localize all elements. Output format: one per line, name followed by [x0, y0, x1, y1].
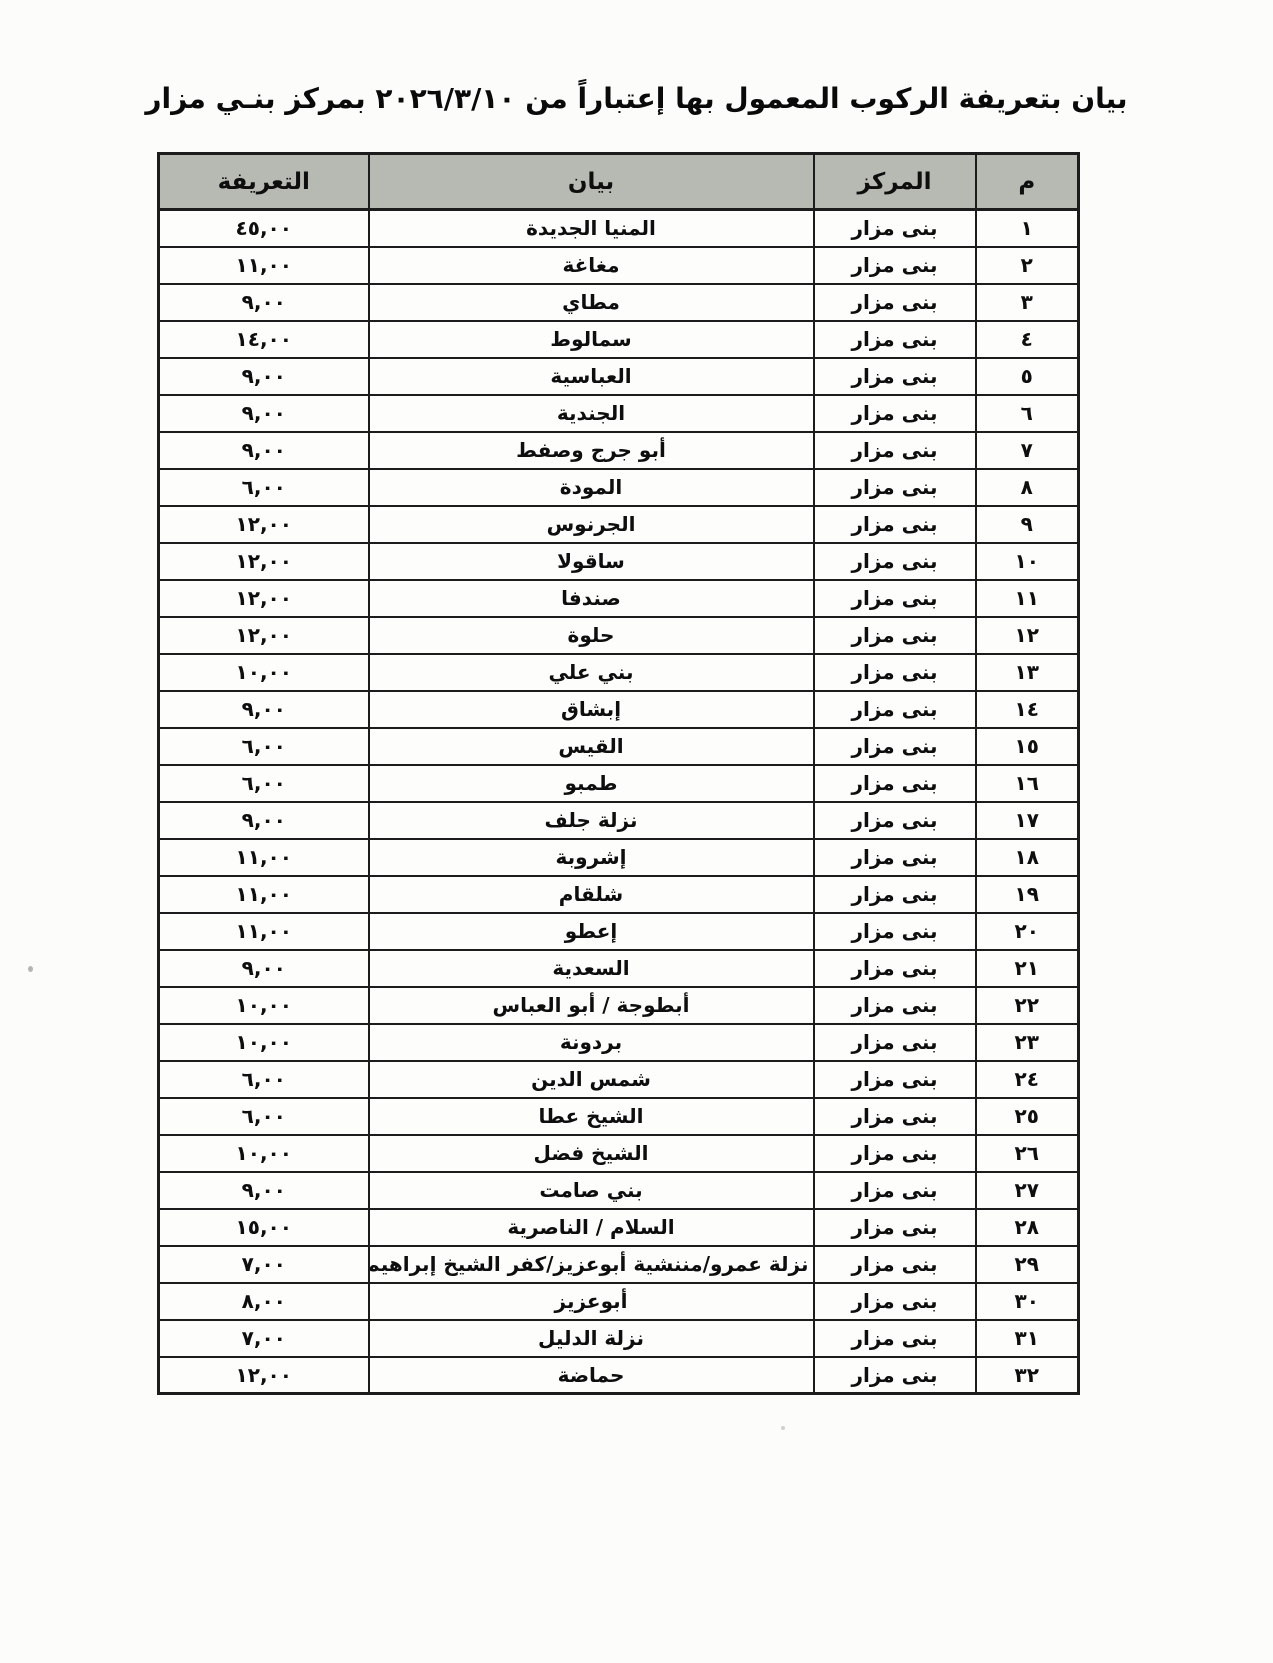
row-center-cell: بنى مزار: [814, 247, 976, 284]
row-number-cell: ١٢: [976, 617, 1079, 654]
row-statement-cell: المنيا الجديدة: [369, 210, 814, 247]
row-fare-cell: ٦,٠٠: [159, 1098, 369, 1135]
table-row: ١ بنى مزار المنيا الجديدة ٤٥,٠٠: [159, 210, 1079, 247]
row-fare-cell: ١٥,٠٠: [159, 1209, 369, 1246]
row-fare-cell: ٦,٠٠: [159, 728, 369, 765]
table-row: ٣١ بنى مزار نزلة الدليل ٧,٠٠: [159, 1320, 1079, 1357]
row-statement-cell: بني صامت: [369, 1172, 814, 1209]
table-header-row: م المركز بيان التعريفة: [159, 154, 1079, 210]
row-number-cell: ١٠: [976, 543, 1079, 580]
row-number-cell: ١: [976, 210, 1079, 247]
row-fare-cell: ٨,٠٠: [159, 1283, 369, 1320]
row-center-cell: بنى مزار: [814, 765, 976, 802]
row-statement-cell: أبوعزيز: [369, 1283, 814, 1320]
row-number-cell: ٢٢: [976, 987, 1079, 1024]
row-fare-cell: ٧,٠٠: [159, 1320, 369, 1357]
table-row: ١١ بنى مزار صندفا ١٢,٠٠: [159, 580, 1079, 617]
row-number-cell: ١١: [976, 580, 1079, 617]
row-statement-cell: السعدية: [369, 950, 814, 987]
row-number-cell: ٢٧: [976, 1172, 1079, 1209]
table-row: ٤ بنى مزار سمالوط ١٤,٠٠: [159, 321, 1079, 358]
table-row: ٢٨ بنى مزار السلام / الناصرية ١٥,٠٠: [159, 1209, 1079, 1246]
row-number-cell: ٢: [976, 247, 1079, 284]
row-center-cell: بنى مزار: [814, 210, 976, 247]
row-fare-cell: ١٠,٠٠: [159, 654, 369, 691]
row-fare-cell: ١٤,٠٠: [159, 321, 369, 358]
row-number-cell: ٢٣: [976, 1024, 1079, 1061]
row-statement-cell: سمالوط: [369, 321, 814, 358]
row-center-cell: بنى مزار: [814, 950, 976, 987]
table-row: ٢٢ بنى مزار أبطوجة / أبو العباس ١٠,٠٠: [159, 987, 1079, 1024]
row-center-cell: بنى مزار: [814, 617, 976, 654]
row-statement-cell: حلوة: [369, 617, 814, 654]
row-number-cell: ٦: [976, 395, 1079, 432]
row-statement-cell: مغاغة: [369, 247, 814, 284]
row-number-cell: ١٣: [976, 654, 1079, 691]
row-number-cell: ١٦: [976, 765, 1079, 802]
row-center-cell: بنى مزار: [814, 913, 976, 950]
row-number-cell: ٥: [976, 358, 1079, 395]
row-fare-cell: ٩,٠٠: [159, 691, 369, 728]
row-number-cell: ٢٥: [976, 1098, 1079, 1135]
row-number-cell: ٤: [976, 321, 1079, 358]
table-row: ١٩ بنى مزار شلقام ١١,٠٠: [159, 876, 1079, 913]
row-fare-cell: ٩,٠٠: [159, 358, 369, 395]
row-number-cell: ١٧: [976, 802, 1079, 839]
row-statement-cell: بردونة: [369, 1024, 814, 1061]
row-fare-cell: ١٢,٠٠: [159, 617, 369, 654]
table-row: ٢٣ بنى مزار بردونة ١٠,٠٠: [159, 1024, 1079, 1061]
row-fare-cell: ١٢,٠٠: [159, 506, 369, 543]
row-statement-cell: حماضة: [369, 1357, 814, 1394]
table-row: ٧ بنى مزار أبو جرج وصفط ٩,٠٠: [159, 432, 1079, 469]
row-statement-cell: مطاي: [369, 284, 814, 321]
row-fare-cell: ١١,٠٠: [159, 247, 369, 284]
document-title: بيان بتعريفة الركوب المعمول بها إعتباراً…: [100, 82, 1173, 115]
row-statement-cell: ساقولا: [369, 543, 814, 580]
row-statement-cell: الجندية: [369, 395, 814, 432]
row-center-cell: بنى مزار: [814, 691, 976, 728]
row-number-cell: ٣٠: [976, 1283, 1079, 1320]
table-row: ١٠ بنى مزار ساقولا ١٢,٠٠: [159, 543, 1079, 580]
row-number-cell: ٣: [976, 284, 1079, 321]
row-center-cell: بنى مزار: [814, 839, 976, 876]
row-number-cell: ١٤: [976, 691, 1079, 728]
row-center-cell: بنى مزار: [814, 506, 976, 543]
row-center-cell: بنى مزار: [814, 432, 976, 469]
row-fare-cell: ١٢,٠٠: [159, 543, 369, 580]
row-center-cell: بنى مزار: [814, 1246, 976, 1283]
row-number-cell: ٢١: [976, 950, 1079, 987]
row-statement-cell: أبو جرج وصفط: [369, 432, 814, 469]
table-row: ١٦ بنى مزار طمبو ٦,٠٠: [159, 765, 1079, 802]
row-fare-cell: ٩,٠٠: [159, 1172, 369, 1209]
row-center-cell: بنى مزار: [814, 1320, 976, 1357]
row-center-cell: بنى مزار: [814, 358, 976, 395]
scan-speck: [781, 1426, 785, 1430]
row-center-cell: بنى مزار: [814, 1098, 976, 1135]
table-row: ٨ بنى مزار المودة ٦,٠٠: [159, 469, 1079, 506]
row-number-cell: ١٥: [976, 728, 1079, 765]
table-row: ٥ بنى مزار العباسية ٩,٠٠: [159, 358, 1079, 395]
scanned-document-page: بيان بتعريفة الركوب المعمول بها إعتباراً…: [0, 0, 1273, 1663]
table-row: ٢٥ بنى مزار الشيخ عطا ٦,٠٠: [159, 1098, 1079, 1135]
row-fare-cell: ١١,٠٠: [159, 876, 369, 913]
row-fare-cell: ٤٥,٠٠: [159, 210, 369, 247]
row-statement-cell: طمبو: [369, 765, 814, 802]
col-header-no: م: [976, 154, 1079, 210]
table-row: ٢١ بنى مزار السعدية ٩,٠٠: [159, 950, 1079, 987]
table-row: ١٥ بنى مزار القيس ٦,٠٠: [159, 728, 1079, 765]
table-row: ٢٤ بنى مزار شمس الدين ٦,٠٠: [159, 1061, 1079, 1098]
row-statement-cell: القيس: [369, 728, 814, 765]
row-fare-cell: ١٠,٠٠: [159, 1135, 369, 1172]
row-fare-cell: ٩,٠٠: [159, 284, 369, 321]
row-statement-cell: شمس الدين: [369, 1061, 814, 1098]
row-fare-cell: ١٠,٠٠: [159, 987, 369, 1024]
row-fare-cell: ١٠,٠٠: [159, 1024, 369, 1061]
row-fare-cell: ١١,٠٠: [159, 913, 369, 950]
row-fare-cell: ١٢,٠٠: [159, 580, 369, 617]
row-fare-cell: ٦,٠٠: [159, 469, 369, 506]
col-header-statement: بيان: [369, 154, 814, 210]
row-center-cell: بنى مزار: [814, 580, 976, 617]
row-number-cell: ٩: [976, 506, 1079, 543]
row-center-cell: بنى مزار: [814, 987, 976, 1024]
row-center-cell: بنى مزار: [814, 1135, 976, 1172]
row-center-cell: بنى مزار: [814, 1024, 976, 1061]
row-number-cell: ١٩: [976, 876, 1079, 913]
row-center-cell: بنى مزار: [814, 728, 976, 765]
row-statement-cell: صندفا: [369, 580, 814, 617]
table-row: ٢٠ بنى مزار إعطو ١١,٠٠: [159, 913, 1079, 950]
table-row: ١٣ بنى مزار بني علي ١٠,٠٠: [159, 654, 1079, 691]
row-number-cell: ٢٠: [976, 913, 1079, 950]
table-row: ٢٩ بنى مزار نزلة عمرو/مننشية أبوعزيز/كفر…: [159, 1246, 1079, 1283]
table-row: ٢ بنى مزار مغاغة ١١,٠٠: [159, 247, 1079, 284]
row-fare-cell: ٩,٠٠: [159, 395, 369, 432]
row-number-cell: ٨: [976, 469, 1079, 506]
row-statement-cell: إبشاق: [369, 691, 814, 728]
row-center-cell: بنى مزار: [814, 1061, 976, 1098]
fare-table-body: ١ بنى مزار المنيا الجديدة ٤٥,٠٠ ٢ بنى مز…: [159, 210, 1079, 1394]
row-number-cell: ٣٢: [976, 1357, 1079, 1394]
row-center-cell: بنى مزار: [814, 1209, 976, 1246]
row-fare-cell: ٩,٠٠: [159, 432, 369, 469]
row-number-cell: ٢٦: [976, 1135, 1079, 1172]
table-row: ٣٢ بنى مزار حماضة ١٢,٠٠: [159, 1357, 1079, 1394]
table-row: ١٤ بنى مزار إبشاق ٩,٠٠: [159, 691, 1079, 728]
row-number-cell: ٢٨: [976, 1209, 1079, 1246]
row-number-cell: ٢٩: [976, 1246, 1079, 1283]
row-statement-cell: الشيخ عطا: [369, 1098, 814, 1135]
row-fare-cell: ٩,٠٠: [159, 950, 369, 987]
row-center-cell: بنى مزار: [814, 395, 976, 432]
row-number-cell: ٢٤: [976, 1061, 1079, 1098]
row-statement-cell: العباسية: [369, 358, 814, 395]
row-statement-cell: نزلة عمرو/مننشية أبوعزيز/كفر الشيخ إبراه…: [369, 1246, 814, 1283]
row-center-cell: بنى مزار: [814, 1283, 976, 1320]
row-center-cell: بنى مزار: [814, 1357, 976, 1394]
row-statement-cell: الشيخ فضل: [369, 1135, 814, 1172]
table-row: ٦ بنى مزار الجندية ٩,٠٠: [159, 395, 1079, 432]
row-center-cell: بنى مزار: [814, 543, 976, 580]
row-statement-cell: نزلة جلف: [369, 802, 814, 839]
row-center-cell: بنى مزار: [814, 802, 976, 839]
table-row: ١٧ بنى مزار نزلة جلف ٩,٠٠: [159, 802, 1079, 839]
table-row: ٢٧ بنى مزار بني صامت ٩,٠٠: [159, 1172, 1079, 1209]
row-center-cell: بنى مزار: [814, 1172, 976, 1209]
row-fare-cell: ٦,٠٠: [159, 765, 369, 802]
row-statement-cell: شلقام: [369, 876, 814, 913]
row-center-cell: بنى مزار: [814, 469, 976, 506]
row-statement-cell: إعطو: [369, 913, 814, 950]
row-fare-cell: ٧,٠٠: [159, 1246, 369, 1283]
row-number-cell: ٧: [976, 432, 1079, 469]
row-statement-cell: نزلة الدليل: [369, 1320, 814, 1357]
row-statement-cell: بني علي: [369, 654, 814, 691]
row-center-cell: بنى مزار: [814, 284, 976, 321]
row-center-cell: بنى مزار: [814, 321, 976, 358]
col-header-fare: التعريفة: [159, 154, 369, 210]
row-statement-cell: أبطوجة / أبو العباس: [369, 987, 814, 1024]
row-number-cell: ٣١: [976, 1320, 1079, 1357]
table-row: ١٢ بنى مزار حلوة ١٢,٠٠: [159, 617, 1079, 654]
row-fare-cell: ٩,٠٠: [159, 802, 369, 839]
row-statement-cell: الجرنوس: [369, 506, 814, 543]
table-row: ٩ بنى مزار الجرنوس ١٢,٠٠: [159, 506, 1079, 543]
col-header-center: المركز: [814, 154, 976, 210]
row-statement-cell: السلام / الناصرية: [369, 1209, 814, 1246]
row-fare-cell: ١٢,٠٠: [159, 1357, 369, 1394]
row-center-cell: بنى مزار: [814, 654, 976, 691]
table-row: ٢٦ بنى مزار الشيخ فضل ١٠,٠٠: [159, 1135, 1079, 1172]
row-statement-cell: المودة: [369, 469, 814, 506]
row-statement-cell: إشروبة: [369, 839, 814, 876]
scan-speck: [28, 966, 33, 972]
table-row: ٣٠ بنى مزار أبوعزيز ٨,٠٠: [159, 1283, 1079, 1320]
table-row: ٣ بنى مزار مطاي ٩,٠٠: [159, 284, 1079, 321]
row-fare-cell: ٦,٠٠: [159, 1061, 369, 1098]
fare-table: م المركز بيان التعريفة ١ بنى مزار المنيا…: [157, 152, 1080, 1395]
row-number-cell: ١٨: [976, 839, 1079, 876]
row-fare-cell: ١١,٠٠: [159, 839, 369, 876]
row-center-cell: بنى مزار: [814, 876, 976, 913]
table-row: ١٨ بنى مزار إشروبة ١١,٠٠: [159, 839, 1079, 876]
